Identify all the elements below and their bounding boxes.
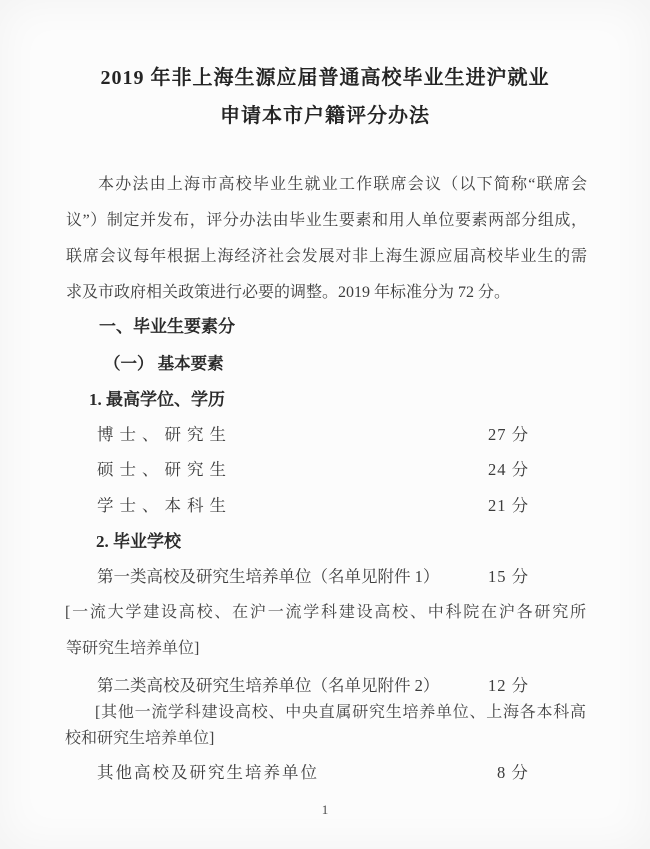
row-score: 15 分 bbox=[488, 564, 529, 590]
school-row-tier1: 第一类高校及研究生培养单位（名单见附件 1） 15 分 bbox=[0, 564, 650, 590]
school-tier1-note-line-1: [一流大学建设高校、在沪一流学科建设高校、中科院在沪各研究所 bbox=[65, 600, 586, 626]
section-heading-graduate-factors: 一、毕业生要素分 bbox=[0, 314, 650, 340]
row-score: 24 分 bbox=[488, 457, 529, 483]
intro-line-4: 求及市政府相关政策进行必要的调整。2019 年标准分为 72 分。 bbox=[66, 275, 587, 311]
row-score: 12 分 bbox=[488, 673, 529, 699]
intro-line-3: 联席会议每年根据上海经济社会发展对非上海生源应届高校毕业生的需 bbox=[66, 239, 587, 275]
row-label: 其他高校及研究生培养单位 bbox=[0, 763, 319, 782]
row-score: 21 分 bbox=[488, 493, 529, 519]
row-label: 第二类高校及研究生培养单位（名单见附件 2） bbox=[0, 676, 439, 695]
school-tier2-note-line-2: 校和研究生培养单位] bbox=[65, 726, 214, 752]
degree-row-doctor: 博士、研究生 27 分 bbox=[0, 422, 650, 448]
row-label: 第一类高校及研究生培养单位（名单见附件 1） bbox=[0, 567, 439, 586]
item-heading-degree: 1. 最高学位、学历 bbox=[0, 387, 650, 413]
school-tier2-note-line-1: [其他一流学科建设高校、中央直属研究生培养单位、上海各本科高 bbox=[95, 700, 586, 726]
school-row-other: 其他高校及研究生培养单位 8 分 bbox=[0, 760, 650, 786]
row-score: 8 分 bbox=[497, 760, 529, 786]
item-heading-school: 2. 毕业学校 bbox=[0, 529, 650, 555]
row-label: 硕士、研究生 bbox=[0, 460, 232, 479]
school-tier1-note-line-2: 等研究生培养单位] bbox=[66, 636, 199, 662]
row-label: 博士、研究生 bbox=[0, 425, 232, 444]
subsection-heading-basic-factors: （一） 基本要素 bbox=[0, 351, 650, 377]
degree-row-bachelor: 学士、本科生 21 分 bbox=[0, 493, 650, 519]
intro-line-1: 本办法由上海市高校毕业生就业工作联席会议（以下简称“联席会 bbox=[66, 167, 587, 203]
document-title-line-1: 2019 年非上海生源应届普通高校毕业生进沪就业 bbox=[0, 64, 650, 92]
page-number: 1 bbox=[0, 800, 650, 820]
intro-paragraph: 本办法由上海市高校毕业生就业工作联席会议（以下简称“联席会 议”）制定并发布，评… bbox=[66, 167, 587, 311]
intro-line-2: 议”）制定并发布，评分办法由毕业生要素和用人单位要素两部分组成， bbox=[66, 203, 587, 239]
degree-row-master: 硕士、研究生 24 分 bbox=[0, 457, 650, 483]
row-score: 27 分 bbox=[488, 422, 529, 448]
document-title-line-2: 申请本市户籍评分办法 bbox=[0, 102, 650, 130]
row-label: 学士、本科生 bbox=[0, 496, 232, 515]
school-row-tier2: 第二类高校及研究生培养单位（名单见附件 2） 12 分 bbox=[0, 673, 650, 699]
document-page: 2019 年非上海生源应届普通高校毕业生进沪就业 申请本市户籍评分办法 本办法由… bbox=[0, 0, 650, 849]
